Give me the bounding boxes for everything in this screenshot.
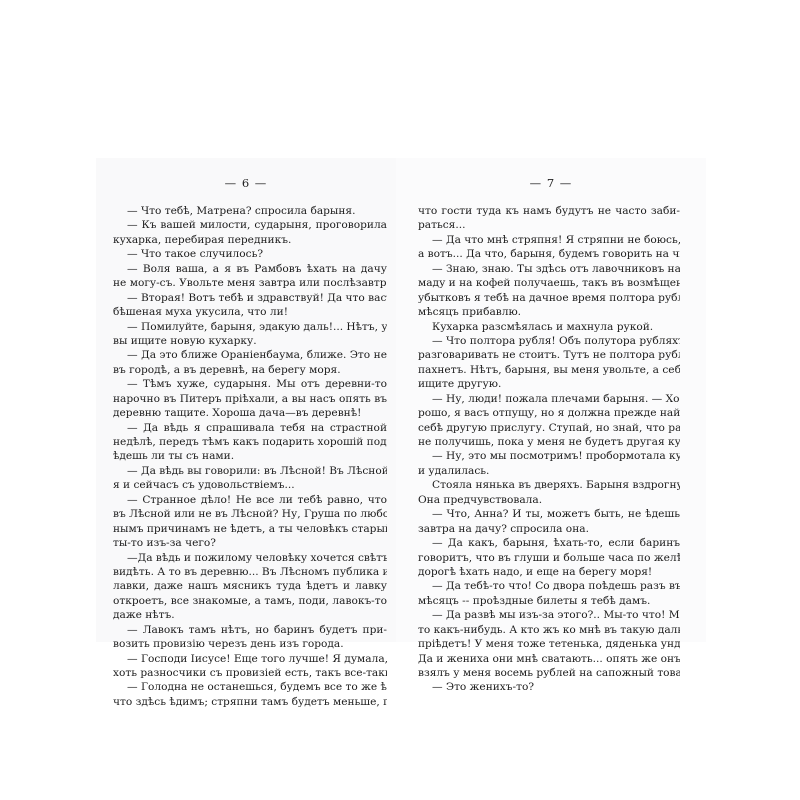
text-line: себѣ другую прислугу. Ступай, но знай, ч…	[418, 421, 680, 435]
text-line: — Вторая! Вотъ тебѣ и здравствуй! Да что…	[113, 291, 387, 305]
text-line: — Знаю, знаю. Ты здѣсь отъ лавочниковъ н…	[418, 262, 680, 276]
left-page-text: — Что тебѣ, Матрена? спросила барыня.— К…	[113, 204, 387, 709]
text-line: раться...	[418, 218, 680, 232]
right-page-text: что гости туда къ намъ будутъ не часто з…	[418, 204, 680, 695]
text-line: — Да тебѣ-то что! Со двора поѣдешь разъ …	[418, 579, 680, 593]
text-line: возить провизію черезъ день изъ города.	[113, 637, 387, 651]
right-page: — 7 — что гости туда къ намъ будутъ не ч…	[396, 158, 706, 642]
text-line: — Да развѣ мы изъ-за этого?.. Мы-то что!…	[418, 608, 680, 622]
text-line: маду и на кофей получаешь, такъ въ возмѣ…	[418, 276, 680, 290]
text-line: — Воля ваша, а я въ Рамбовъ ѣхать на дач…	[113, 262, 387, 276]
text-line: а вотъ... Да что, барыня, будемъ говорит…	[418, 247, 680, 261]
text-line: — Странное дѣло! Не все ли тебѣ равно, ч…	[113, 493, 387, 507]
text-line: взялъ у меня восемь рублей на сапожный т…	[418, 666, 680, 680]
text-line: вы ищите новую кухарку.	[113, 334, 387, 348]
text-line: рошо, я васъ отпущу, но я должна прежде …	[418, 406, 680, 420]
text-line: нымъ причинамъ не ѣдетъ, а ты человѣкъ с…	[113, 522, 387, 536]
text-line: — Господи Іисусе! Еще того лучше! Я дума…	[113, 652, 387, 666]
text-line: — Что тебѣ, Матрена? спросила барыня.	[113, 204, 387, 218]
text-line: — Что полтора рубля! Объ полутора рублях…	[418, 334, 680, 348]
text-line: — Это женихъ-то?	[418, 680, 680, 694]
text-line: недѣлѣ, передъ тѣмъ какъ подарить хороші…	[113, 435, 387, 449]
text-line: я и сейчасъ съ удовольствіемъ...	[113, 478, 387, 492]
left-page: — 6 — — Что тебѣ, Матрена? спросила бары…	[96, 158, 396, 642]
text-line: — Ну, это мы посмотримъ! пробормотала ку…	[418, 449, 680, 463]
text-line: Она предчувствовала.	[418, 493, 680, 507]
text-line: — Ну, люди! пожала плечами барыня. — Хо-	[418, 392, 680, 406]
text-line: ищите другую.	[418, 377, 680, 391]
text-line: — Да вѣдь я спрашивала тебя на страстной	[113, 421, 387, 435]
text-line: откроетъ, все знакомые, а тамъ, поди, ла…	[113, 594, 387, 608]
page-number-right: — 7 —	[396, 176, 706, 190]
text-line: мѣсяцъ -- проѣздные билеты я тебѣ дамъ.	[418, 594, 680, 608]
text-line: — Тѣмъ хуже, сударыня. Мы отъ деревни-то	[113, 377, 387, 391]
text-line: въ Лѣсной или не въ Лѣсной? Ну, Груша по…	[113, 507, 387, 521]
book-spread: — 6 — — Что тебѣ, Матрена? спросила бары…	[96, 158, 706, 642]
text-line: — Да это ближе Ораніенбаума, ближе. Это …	[113, 348, 387, 362]
text-line: Да и жениха они мнѣ сватають... опять же…	[418, 652, 680, 666]
text-line: убытковъ я тебѣ на дачное время полтора …	[418, 291, 680, 305]
text-line: — Къ вашей милости, сударыня, проговорил…	[113, 218, 387, 232]
text-line: въ городѣ, а въ деревнѣ, на берегу моря.	[113, 363, 387, 377]
text-line: что гости туда къ намъ будутъ не часто з…	[418, 204, 680, 218]
text-line: нарочно въ Питеръ пріѣхали, а вы насъ оп…	[113, 392, 387, 406]
text-line: разговаривать не стоитъ. Тутъ не полтора…	[418, 348, 680, 362]
text-line: Кухарка разсмѣялась и махнула рукой.	[418, 320, 680, 334]
text-line: —Да вѣдь и пожилому человѣку хочется свѣ…	[113, 551, 387, 565]
text-line: мѣсяцъ прибавлю.	[418, 305, 680, 319]
text-line: — Что такое случилось?	[113, 247, 387, 261]
text-line: Стояла нянька въ дверяхъ. Барыня вздрогн…	[418, 478, 680, 492]
text-line: что здѣсь ѣдимъ; стряпни тамъ будетъ мен…	[113, 695, 387, 709]
text-line: — Да вѣдь вы говорили: въ Лѣсной! Въ Лѣс…	[113, 464, 387, 478]
text-line: деревню тащите. Хороша дача—въ деревнѣ!	[113, 406, 387, 420]
text-line: видѣть. А то въ деревню... Въ Лѣсномъ пу…	[113, 565, 387, 579]
text-line: — Помилуйте, барыня, эдакую даль!... Нѣт…	[113, 320, 387, 334]
page-number-left: — 6 —	[96, 176, 396, 190]
text-line: кухарка, перебирая передникъ.	[113, 233, 387, 247]
text-line: — Да что мнѣ стряпня! Я стряпни не боюсь…	[418, 233, 680, 247]
text-line: не могу-съ. Увольте меня завтра или посл…	[113, 276, 387, 290]
text-line: завтра на дачу? спросила она.	[418, 522, 680, 536]
text-line: ѣдешь ли ты съ нами.	[113, 449, 387, 463]
text-line: ты-то изъ-за чего?	[113, 536, 387, 550]
text-line: пріѣдетъ! У меня тоже тетенька, дяденька…	[418, 637, 680, 651]
text-line: говоритъ, что въ глуши и больше часа по …	[418, 551, 680, 565]
text-line: — Голодна не останешься, будемъ все то ж…	[113, 680, 387, 694]
text-line: — Да какъ, барыня, ѣхать-то, если баринъ	[418, 536, 680, 550]
text-line: то какъ-нибудь. А кто жъ ко мнѣ въ такую…	[418, 623, 680, 637]
text-line: — Лавокъ тамъ нѣтъ, но баринъ будетъ при…	[113, 623, 387, 637]
text-line: лавки, даже нашъ мясникъ туда ѣдетъ и ла…	[113, 579, 387, 593]
text-line: и удалилась.	[418, 464, 680, 478]
text-line: дорогѣ ѣхать надо, и еще на берегу моря!	[418, 565, 680, 579]
text-line: — Что, Анна? И ты, можетъ быть, не ѣдешь	[418, 507, 680, 521]
text-line: даже нѣтъ.	[113, 608, 387, 622]
text-line: бѣшеная муха укусила, что ли!	[113, 305, 387, 319]
text-line: пахнетъ. Нѣтъ, барыня, вы меня увольте, …	[418, 363, 680, 377]
text-line: хоть разносчики съ провизіей есть, такъ …	[113, 666, 387, 680]
text-line: не получишь, пока у меня не будетъ друга…	[418, 435, 680, 449]
